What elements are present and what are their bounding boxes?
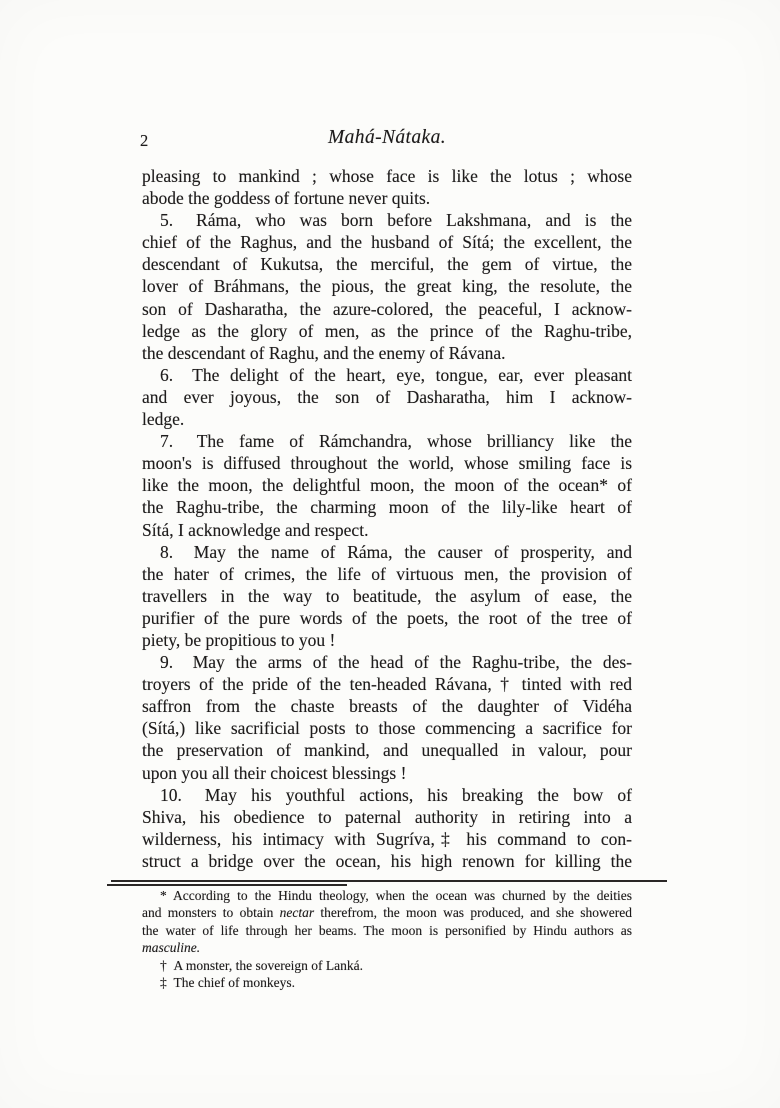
text-line: like the moon, the delightful moon, the … bbox=[142, 474, 632, 496]
text-line: masculine. bbox=[142, 939, 632, 956]
text-line: pleasing to mankind ; whose face is like… bbox=[142, 165, 632, 187]
paragraph: 9. May the arms of the head of the Raghu… bbox=[142, 651, 632, 784]
text-line: the water of life through her beams. The… bbox=[142, 922, 632, 939]
text-line: 5. Ráma, who was born before Lakshmana, … bbox=[142, 209, 632, 231]
body-text: pleasing to mankind ; whose face is like… bbox=[142, 165, 632, 872]
text-line: ledge as the glory of men, as the prince… bbox=[142, 320, 632, 342]
text-line: lover of Bráhmans, the pious, the great … bbox=[142, 275, 632, 297]
text-line: 7. The fame of Rámchandra, whose brillia… bbox=[142, 430, 632, 452]
text-line: travellers in the way to beatitude, the … bbox=[142, 585, 632, 607]
text-line: descendant of Kukutsa, the merciful, the… bbox=[142, 253, 632, 275]
text-line: chief of the Raghus, and the husband of … bbox=[142, 231, 632, 253]
text-line: the descendant of Raghu, and the enemy o… bbox=[142, 342, 632, 364]
footnote: * According to the Hindu theology, when … bbox=[142, 887, 632, 957]
text-line: piety, be propitious to you ! bbox=[142, 629, 632, 651]
text-line: the Raghu-tribe, the charming moon of th… bbox=[142, 496, 632, 518]
footnote: ‡ The chief of monkeys. bbox=[142, 974, 632, 991]
text-line: 8. May the name of Ráma, the causer of p… bbox=[142, 541, 632, 563]
text-line: struct a bridge over the ocean, his high… bbox=[142, 850, 632, 872]
text-line: wilderness, his intimacy with Sugríva,‡ … bbox=[142, 828, 632, 850]
text-line: the hater of crimes, the life of virtuou… bbox=[142, 563, 632, 585]
text-line: 9. May the arms of the head of the Raghu… bbox=[142, 651, 632, 673]
paragraph: 10. May his youthful actions, his breaki… bbox=[142, 784, 632, 872]
text-line: son of Dasharatha, the azure-colored, th… bbox=[142, 298, 632, 320]
text-line: Shiva, his obedience to paternal authori… bbox=[142, 806, 632, 828]
text-line: saffron from the chaste breasts of the d… bbox=[142, 695, 632, 717]
paragraph: 7. The fame of Rámchandra, whose brillia… bbox=[142, 430, 632, 540]
text-line: troyers of the pride of the ten-headed R… bbox=[142, 673, 632, 695]
text-line: 10. May his youthful actions, his breaki… bbox=[142, 784, 632, 806]
text-line: moon's is diffused throughout the world,… bbox=[142, 452, 632, 474]
paragraph: 5. Ráma, who was born before Lakshmana, … bbox=[142, 209, 632, 364]
text-line: † A monster, the sovereign of Lanká. bbox=[142, 957, 632, 974]
text-line: purifier of the pure words of the poets,… bbox=[142, 607, 632, 629]
paragraph: pleasing to mankind ; whose face is like… bbox=[142, 165, 632, 209]
footnote-separator-rule bbox=[111, 880, 667, 882]
page-number: 2 bbox=[140, 131, 148, 151]
footnote: † A monster, the sovereign of Lanká. bbox=[142, 957, 632, 974]
running-title: Mahá-Nátaka. bbox=[142, 127, 632, 149]
page-header: 2 Mahá-Nátaka. bbox=[142, 127, 632, 153]
text-line: upon you all their choicest blessings ! bbox=[142, 762, 632, 784]
text-line: 6. The delight of the heart, eye, tongue… bbox=[142, 364, 632, 386]
text-line: Sítá, I acknowledge and respect. bbox=[142, 519, 632, 541]
text-line: abode the goddess of fortune never quits… bbox=[142, 187, 632, 209]
text-line: ledge. bbox=[142, 408, 632, 430]
text-line: * According to the Hindu theology, when … bbox=[142, 887, 632, 904]
footnote-separator-rule-artifact bbox=[107, 884, 347, 886]
paragraph: 6. The delight of the heart, eye, tongue… bbox=[142, 364, 632, 430]
paragraph: 8. May the name of Ráma, the causer of p… bbox=[142, 541, 632, 651]
italic-text: masculine. bbox=[142, 940, 200, 955]
text-line: the preservation of mankind, and unequal… bbox=[142, 739, 632, 761]
text-line: and ever joyous, the son of Dasharatha, … bbox=[142, 386, 632, 408]
text-line: and monsters to obtain nectar therefrom,… bbox=[142, 904, 632, 921]
text-line: (Sítá,) like sacrificial posts to those … bbox=[142, 717, 632, 739]
italic-text: nectar bbox=[280, 905, 315, 920]
book-page: 2 Mahá-Nátaka. pleasing to mankind ; who… bbox=[0, 0, 780, 1108]
footnotes: * According to the Hindu theology, when … bbox=[142, 887, 632, 992]
text-line: ‡ The chief of monkeys. bbox=[142, 974, 632, 991]
